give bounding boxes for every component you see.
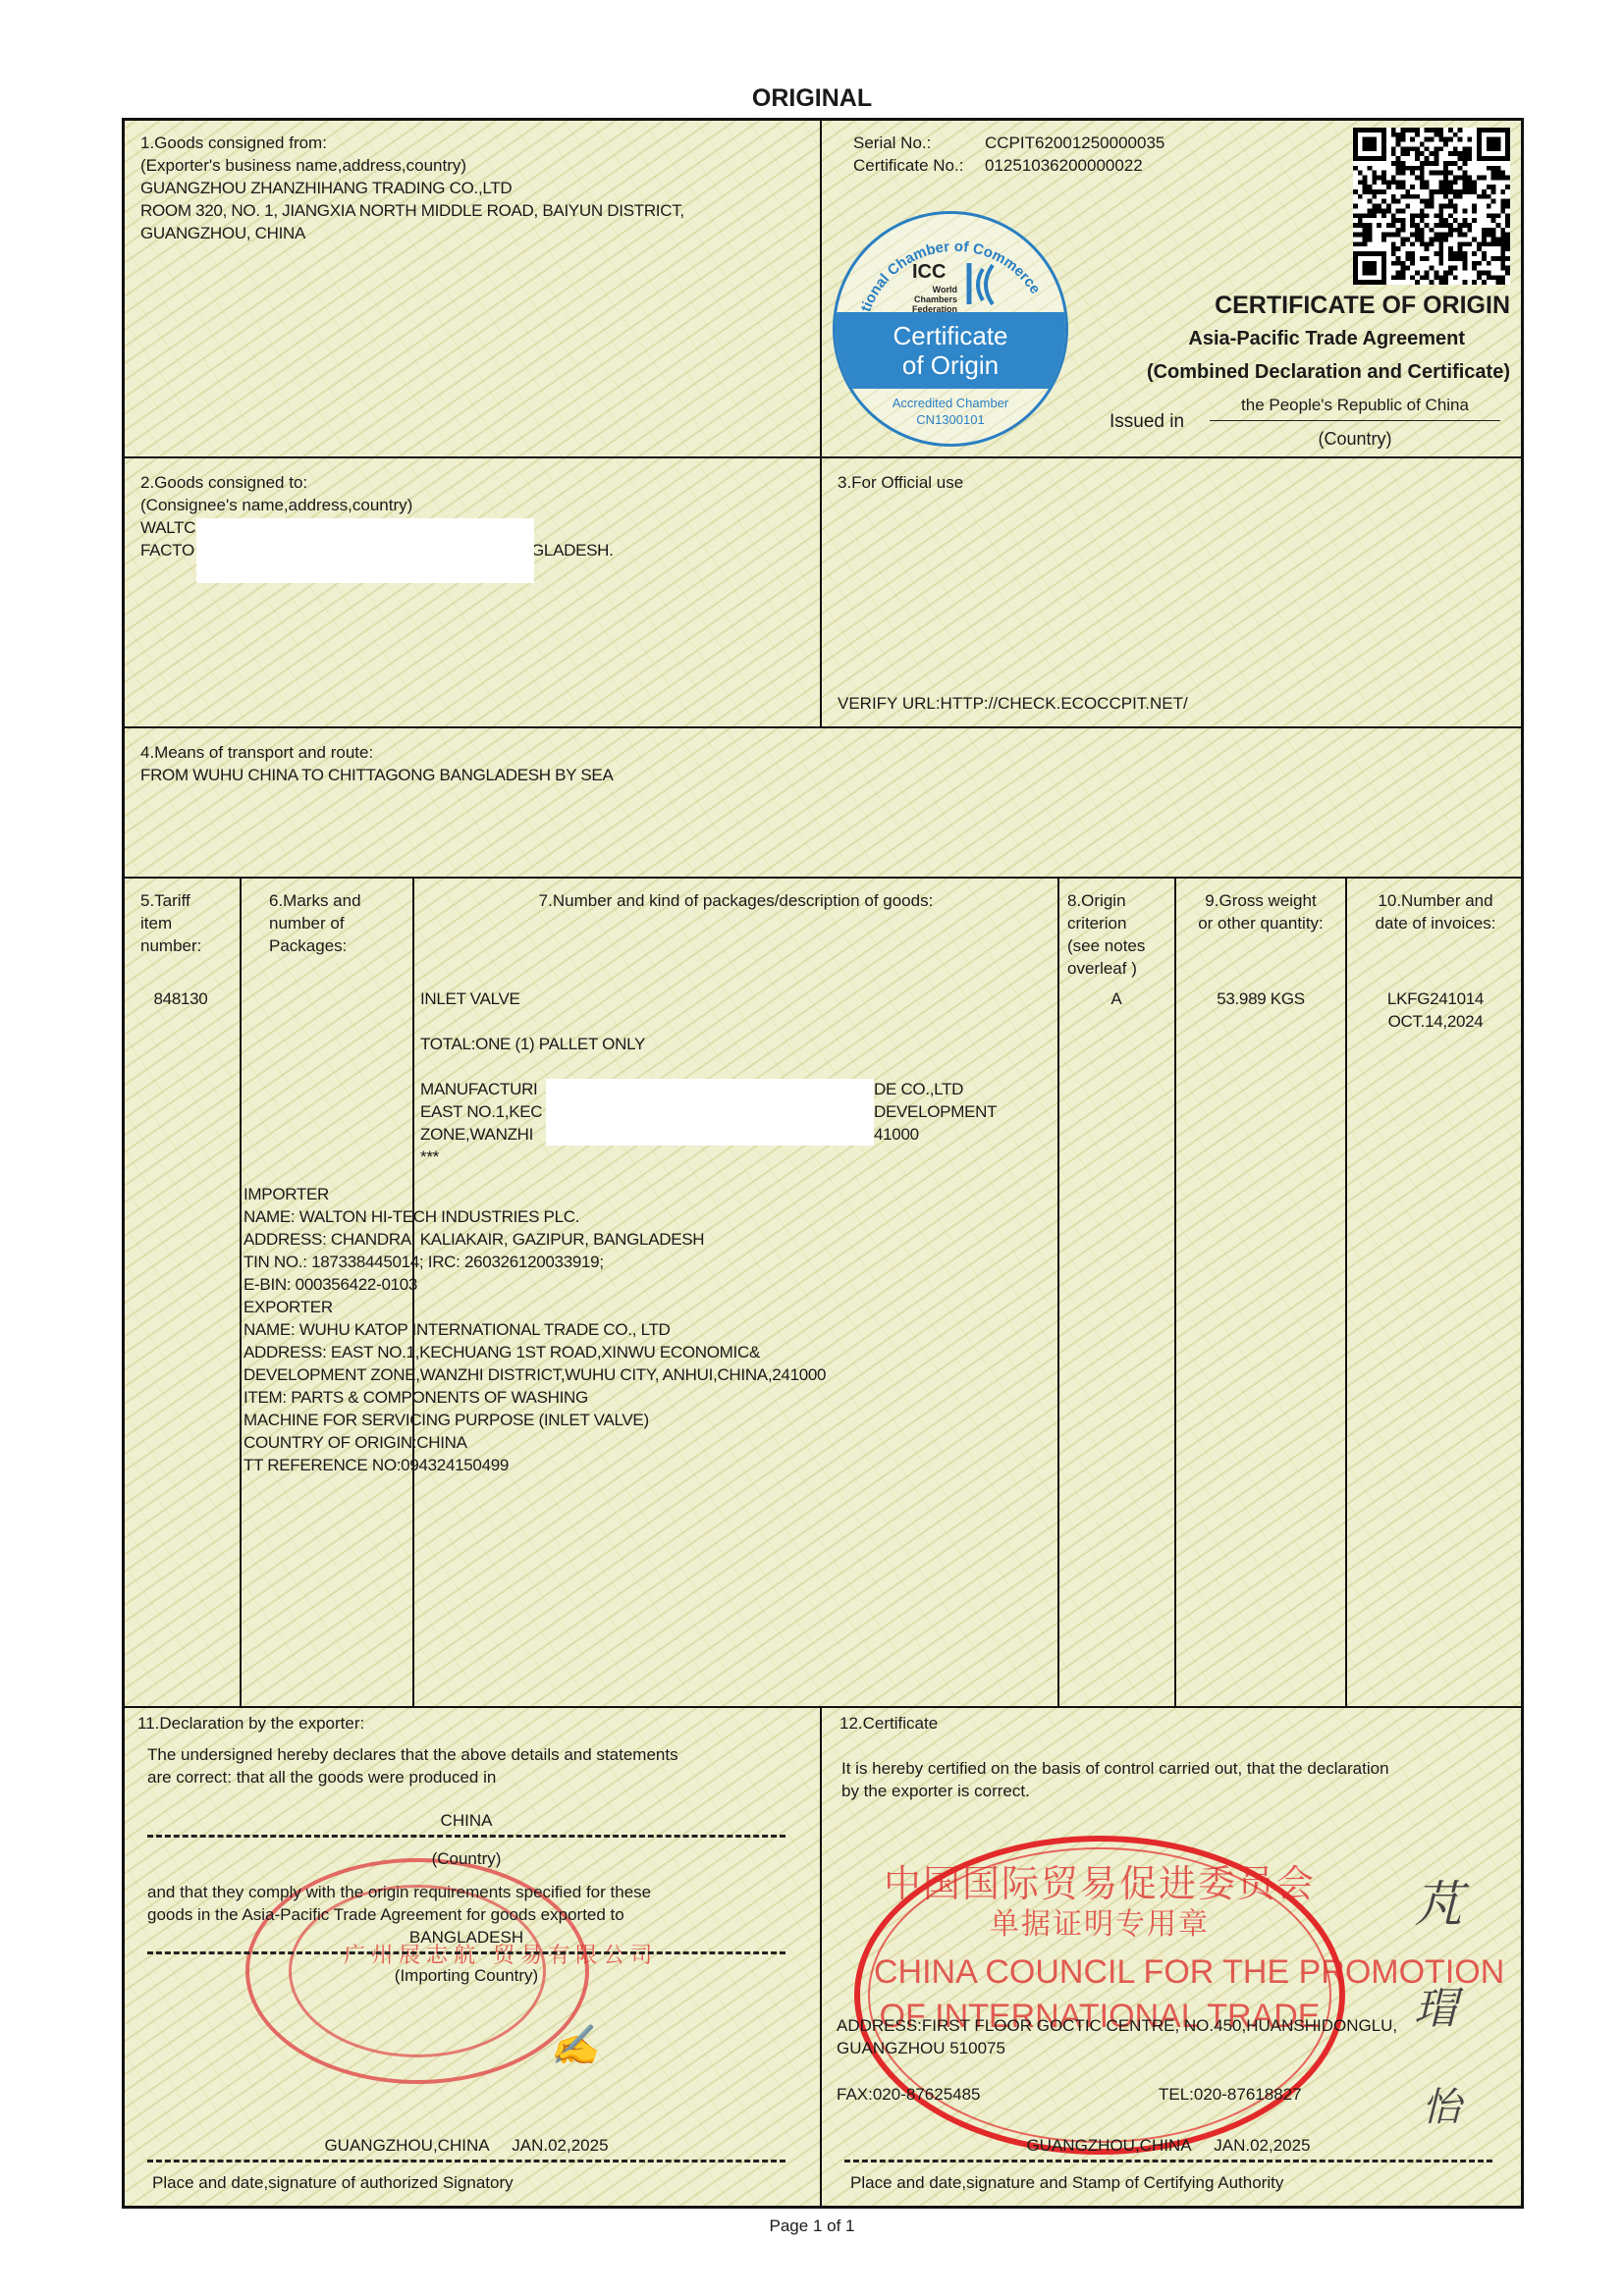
divider xyxy=(820,118,822,726)
seal-accreditation: Accredited Chamber CN1300101 xyxy=(836,395,1065,428)
remarks-line: ITEM: PARTS & COMPONENTS OF WASHING xyxy=(244,1386,588,1409)
remarks-line: ADDRESS: CHANDRA, KALIAKAIR, GAZIPUR, BA… xyxy=(244,1228,704,1251)
serial-value: CCPIT62001250000035 xyxy=(985,132,1164,154)
manufacturer-line1-start: MANUFACTURI xyxy=(420,1078,537,1100)
consignee-line2-start: FACTO xyxy=(140,539,194,561)
ccpit-stamp-cn2: 单据证明专用章 xyxy=(874,1899,1326,1943)
authority-fax: FAX:020-87625485 xyxy=(837,2083,981,2106)
declaration-text-2: are correct: that all the goods were pro… xyxy=(147,1766,496,1789)
remarks-line: ADDRESS: EAST NO.1,KECHUANG 1ST ROAD,XIN… xyxy=(244,1341,760,1363)
cert-no-label: Certificate No.: xyxy=(853,154,963,177)
exporter-signature-caption: Place and date,signature of authorized S… xyxy=(152,2171,514,2194)
ccpit-stamp-en1: CHINA COUNCIL FOR THE PROMOTION xyxy=(874,1953,1326,1992)
qr-code[interactable] xyxy=(1353,128,1510,285)
seal-band-line2: of Origin xyxy=(836,350,1065,380)
exporter-place-date: GUANGZHOU,CHINA JAN.02,2025 xyxy=(147,2134,785,2157)
declaration-text-4: goods in the Asia-Pacific Trade Agreemen… xyxy=(147,1903,624,1926)
seal-band-line1: Certificate xyxy=(836,321,1065,350)
box12-label: 12.Certificate xyxy=(839,1712,938,1735)
package-total: TOTAL:ONE (1) PALLET ONLY xyxy=(420,1033,645,1055)
divider xyxy=(122,1706,1524,1708)
certification-text-1: It is hereby certified on the basis of c… xyxy=(841,1757,1389,1780)
divider xyxy=(122,726,1524,728)
manufacturer-line3-end: 41000 xyxy=(874,1123,919,1146)
box3-label: 3.For Official use xyxy=(838,471,963,494)
gross-weight: 53.989 KGS xyxy=(1176,988,1345,1010)
box1-label: 1.Goods consigned from: xyxy=(140,132,327,154)
manufacturer-line2-end: DEVELOPMENT xyxy=(874,1100,997,1123)
certifier-signature-3: 怡 xyxy=(1422,2076,1461,2132)
invoice-date: OCT.14,2024 xyxy=(1347,1010,1524,1033)
exporter-address: ROOM 320, NO. 1, JIANGXIA NORTH MIDDLE R… xyxy=(140,199,684,222)
issued-in-caption: (Country) xyxy=(1210,428,1500,451)
importing-dotted-line xyxy=(147,1951,785,1954)
exporter-city: GUANGZHOU, CHINA xyxy=(140,222,305,244)
box2-label: 2.Goods consigned to: xyxy=(140,471,307,494)
remarks-line: NAME: WALTON HI-TECH INDUSTRIES PLC. xyxy=(244,1205,579,1228)
seal-band: Certificate of Origin xyxy=(836,312,1065,389)
invoice-number: LKFG241014 xyxy=(1347,988,1524,1010)
issued-in-label: Issued in xyxy=(1110,410,1184,433)
agreement-name: Asia-Pacific Trade Agreement xyxy=(1060,326,1465,351)
combined-declaration: (Combined Declaration and Certificate) xyxy=(1060,359,1510,385)
certifier-signature-2: 瑁 xyxy=(1414,1973,1457,2036)
certifier-signature-caption: Place and date,signature and Stamp of Ce… xyxy=(850,2171,1283,2194)
redaction xyxy=(546,1079,874,1146)
seal-accredited-text: Accredited Chamber xyxy=(836,395,1065,411)
manufacturer-line3-start: ZONE,WANZHI xyxy=(420,1123,533,1146)
box11-label: 11.Declaration by the exporter: xyxy=(137,1712,364,1735)
remarks-line: IMPORTER xyxy=(244,1183,329,1205)
header-weight: 9.Gross weightor other quantity: xyxy=(1176,889,1345,934)
authority-address-1: ADDRESS:FIRST FLOOR GOCTIC CENTRE, NO.45… xyxy=(837,2014,1397,2037)
certifier-place-date: GUANGZHOU,CHINA JAN.02,2025 xyxy=(844,2134,1492,2157)
exporter-sign-line xyxy=(147,2160,785,2163)
manufacturer-line2-start: EAST NO.1,KEC xyxy=(420,1100,542,1123)
producing-country: CHINA xyxy=(147,1809,785,1832)
divider xyxy=(122,877,1524,879)
authority-address-2: GUANGZHOU 510075 xyxy=(837,2037,1005,2059)
issued-in-country: the People's Republic of China xyxy=(1210,394,1500,416)
declaration-text-1: The undersigned hereby declares that the… xyxy=(147,1743,678,1766)
page-number: Page 1 of 1 xyxy=(0,2215,1624,2237)
certifier-sign-line xyxy=(844,2160,1492,2163)
importing-caption: (Importing Country) xyxy=(147,1964,785,1987)
box2-sublabel: (Consignee's name,address,country) xyxy=(140,494,412,516)
remarks-line: COUNTRY OF ORIGIN:CHINA xyxy=(244,1431,467,1454)
consignee-line1: WALTC xyxy=(140,516,195,539)
document-header: ORIGINAL xyxy=(0,84,1624,113)
remarks-line: EXPORTER xyxy=(244,1296,333,1318)
remarks-line: TT REFERENCE NO:094324150499 xyxy=(244,1454,509,1476)
country-caption: (Country) xyxy=(147,1847,785,1870)
importing-country: BANGLADESH xyxy=(147,1926,785,1949)
exporter-name: GUANGZHOU ZHANZHIHANG TRADING CO.,LTD xyxy=(140,177,512,199)
transport-route: FROM WUHU CHINA TO CHITTAGONG BANGLADESH… xyxy=(140,764,614,786)
certificate-title: CERTIFICATE OF ORIGIN xyxy=(1060,291,1510,320)
country-dotted-line xyxy=(147,1835,785,1838)
box1-sublabel: (Exporter's business name,address,countr… xyxy=(140,154,466,177)
issued-in-underline xyxy=(1210,420,1500,421)
divider xyxy=(820,1706,822,2209)
manufacturer-line1-end: DE CO.,LTD xyxy=(874,1078,963,1100)
box4-label: 4.Means of transport and route: xyxy=(140,741,373,764)
icc-accreditation-seal: International Chamber of Commerce ICC Wo… xyxy=(833,211,1068,447)
certifier-signature: 芃 xyxy=(1414,1865,1463,1936)
icc-logo: ICC xyxy=(912,261,946,284)
header-invoice: 10.Number anddate of invoices: xyxy=(1347,889,1524,934)
serial-label: Serial No.: xyxy=(853,132,931,154)
header-description: 7.Number and kind of packages/descriptio… xyxy=(414,889,1057,912)
divider xyxy=(240,877,242,1706)
tariff-number: 848130 xyxy=(122,988,240,1010)
header-marks: 6.Marks andnumber ofPackages: xyxy=(269,889,361,957)
header-origin: 8.Origincriterion(see notesoverleaf ) xyxy=(1067,889,1145,980)
end-marker: *** xyxy=(420,1146,439,1168)
remarks-line: NAME: WUHU KATOP INTERNATIONAL TRADE CO.… xyxy=(244,1318,671,1341)
certification-text-2: by the exporter is correct. xyxy=(841,1780,1030,1802)
remarks-line: TIN NO.: 187338445014; IRC: 260326120033… xyxy=(244,1251,604,1273)
remarks-line: MACHINE FOR SERVICING PURPOSE (INLET VAL… xyxy=(244,1409,649,1431)
seal-code: CN1300101 xyxy=(836,411,1065,428)
authority-tel: TEL:020-87618827 xyxy=(1159,2083,1302,2106)
origin-criterion: A xyxy=(1058,988,1174,1010)
verify-url[interactable]: VERIFY URL:HTTP://CHECK.ECOCCPIT.NET/ xyxy=(838,692,1188,715)
goods-description: INLET VALVE xyxy=(420,988,520,1010)
exporter-signature: ✍ xyxy=(550,2022,599,2068)
remarks-line: DEVELOPMENT ZONE,WANZHI DISTRICT,WUHU CI… xyxy=(244,1363,826,1386)
divider xyxy=(122,456,1524,458)
declaration-text-3: and that they comply with the origin req… xyxy=(147,1881,651,1903)
remarks-line: E-BIN: 000356422-0103 xyxy=(244,1273,417,1296)
redaction xyxy=(196,518,534,583)
cert-no-value: 01251036200000022 xyxy=(985,154,1143,177)
header-tariff: 5.Tariffitemnumber: xyxy=(140,889,201,957)
seal-federation: World Chambers Federation xyxy=(893,285,957,314)
consignee-line2-end: GLADESH. xyxy=(531,539,614,561)
